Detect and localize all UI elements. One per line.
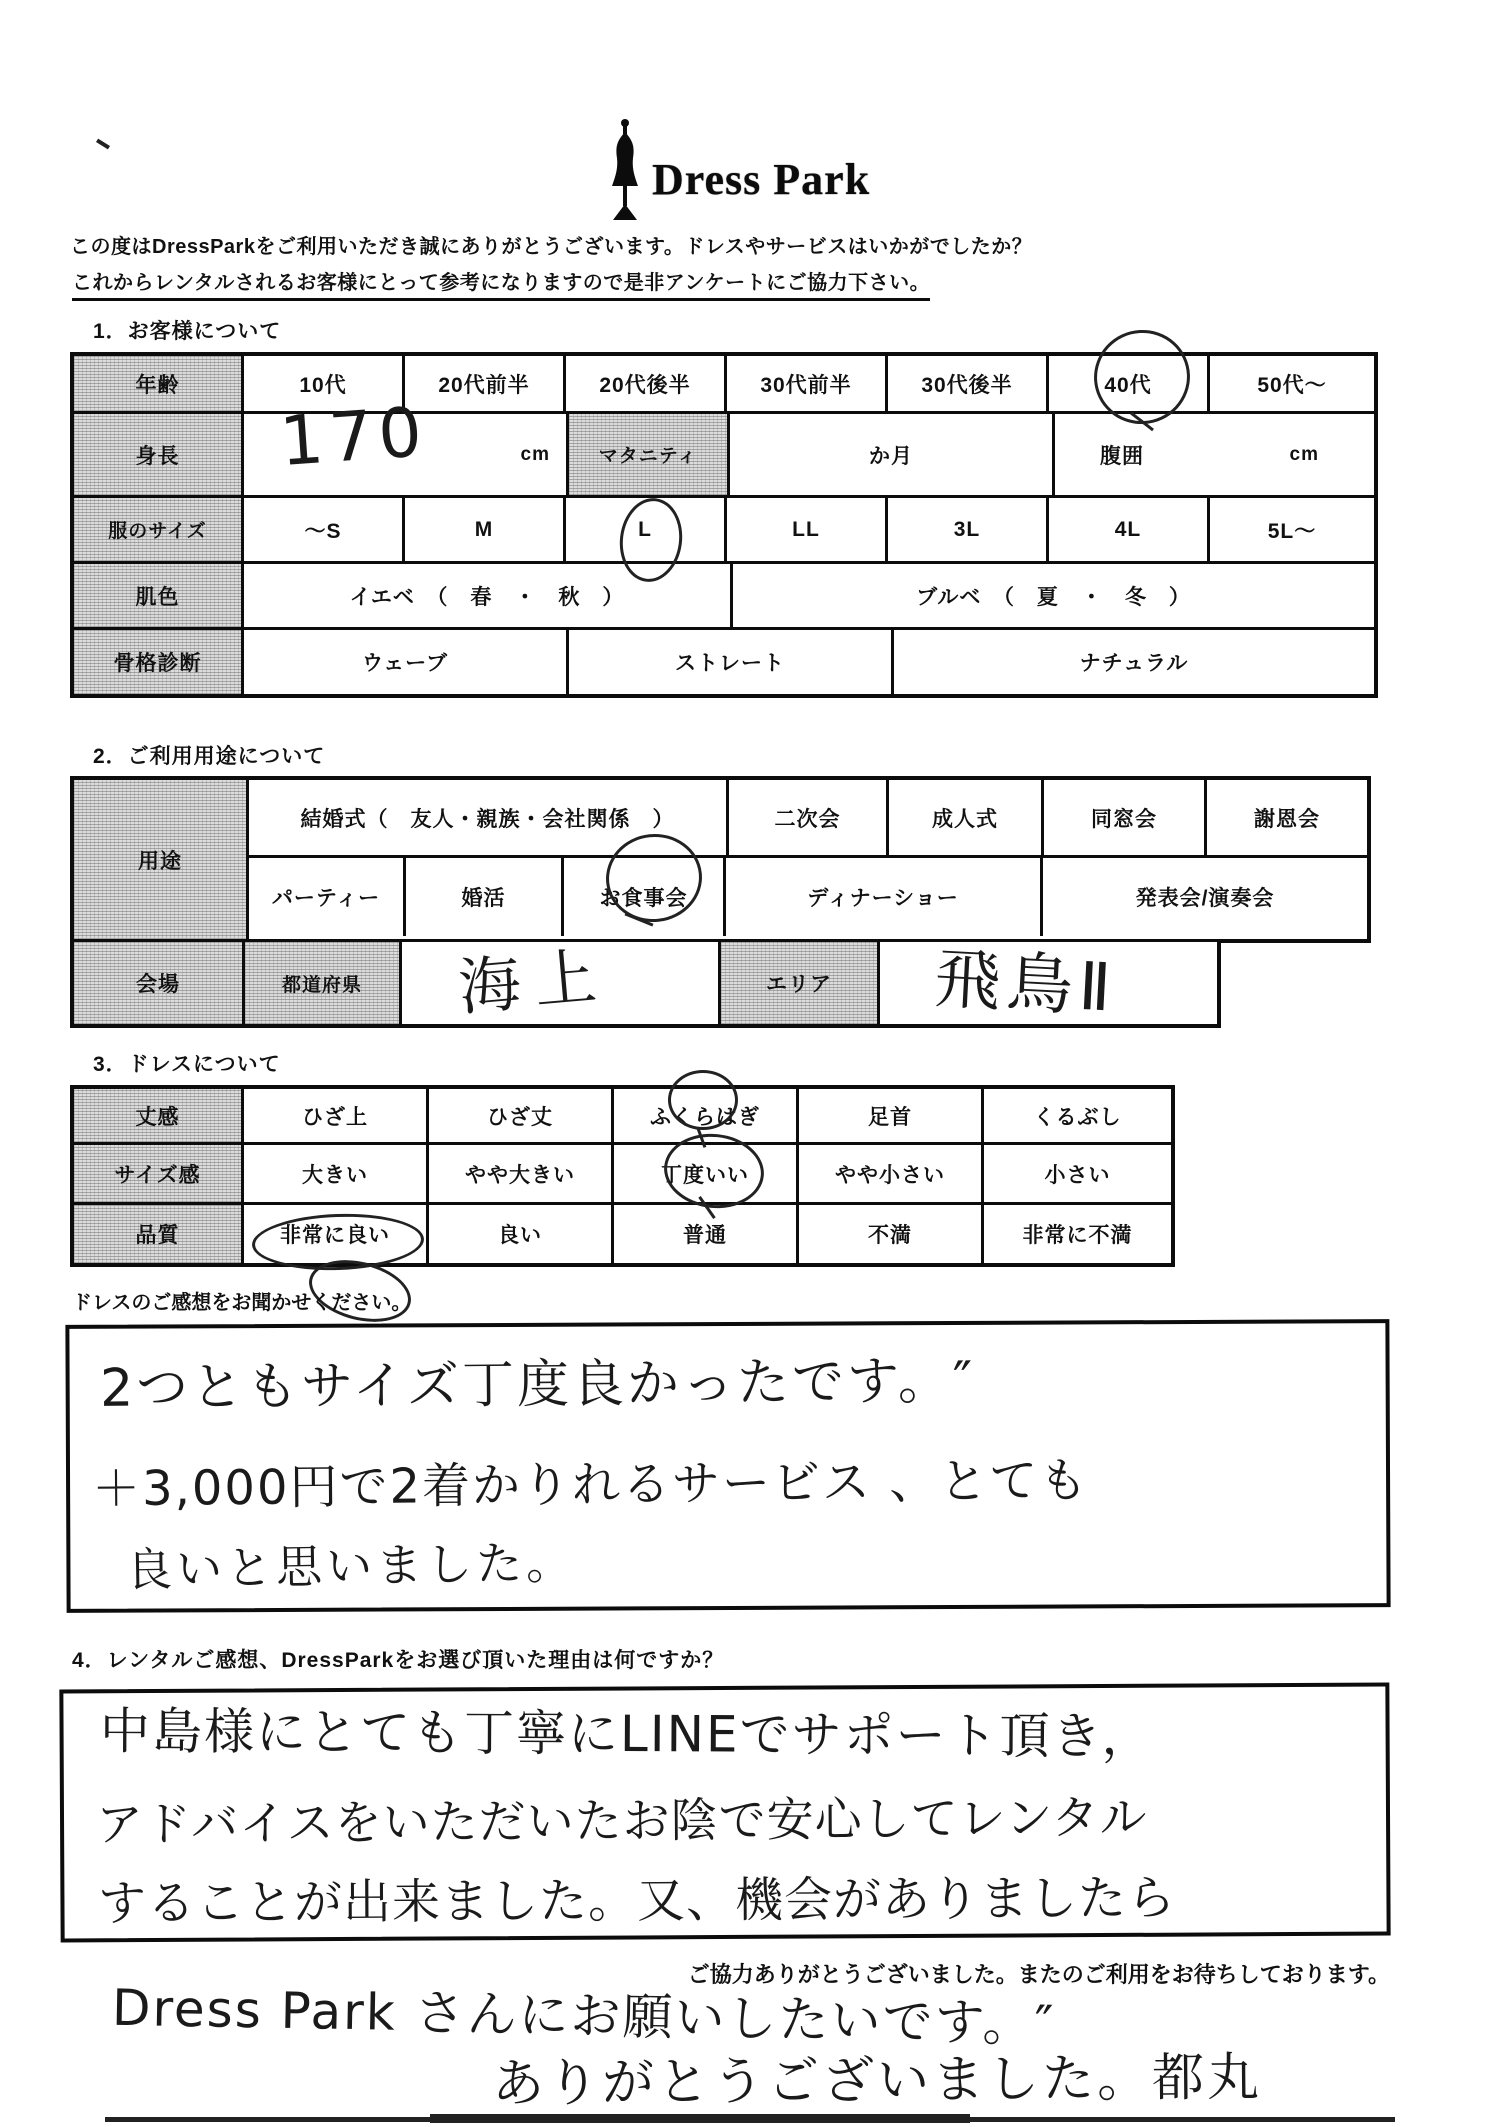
rental-feedback-line2: アドバイスをいただいたお陰で安心してレンタル xyxy=(96,1780,1148,1854)
quality-option: 不満 xyxy=(799,1205,984,1263)
quality-label: 品質 xyxy=(74,1205,244,1263)
height-value-handwritten: 170 xyxy=(277,393,430,482)
fit-option: やや小さい xyxy=(799,1145,984,1202)
fit-row: サイズ感 大きい やや大きい 丁度いい やや小さい 小さい xyxy=(74,1145,1171,1205)
fit-label: サイズ感 xyxy=(74,1145,244,1202)
age-option: 30代前半 xyxy=(727,356,888,411)
usage-option: 発表会/演奏会 xyxy=(1043,858,1367,936)
usage-option: 婚活 xyxy=(406,858,564,936)
intro-line2: これからレンタルされるお客様にとって参考になりますので是非アンケートにご協力下さ… xyxy=(72,266,930,301)
quality-option: 良い xyxy=(429,1205,614,1263)
age-option: 50代～ xyxy=(1210,356,1374,411)
dress-feedback-label: ドレスのご感想をお聞かせください。 xyxy=(72,1286,411,1315)
area-label: エリア xyxy=(721,942,880,1024)
prefecture-value-handwritten: 海上 xyxy=(454,926,613,1028)
length-option: ひざ丈 xyxy=(429,1089,614,1142)
section3-heading: 3．ドレスについて xyxy=(93,1048,281,1078)
size-option: 5L～ xyxy=(1210,498,1374,561)
venue-label: 会場 xyxy=(74,942,245,1024)
usage-label: 用途 xyxy=(74,780,249,939)
length-row: 丈感 ひざ上 ひざ丈 ふくらはぎ 足首 くるぶし xyxy=(74,1089,1171,1145)
maternity-label: マタニティ xyxy=(569,414,730,495)
usage-option: 二次会 xyxy=(729,780,889,855)
skin-label: 肌色 xyxy=(74,564,244,627)
age-option: 20代前半 xyxy=(405,356,566,411)
dress-feedback-line3: 良いと思いました。 xyxy=(125,1526,576,1600)
length-option: くるぶし xyxy=(984,1089,1171,1142)
usage-table: 用途 結婚式（ 友人・親族・会社関係 ） 二次会 成人式 同窓会 謝恩会 パーテ… xyxy=(70,776,1371,943)
logo-text: Dress Park xyxy=(652,154,870,205)
months-label: か月 xyxy=(730,414,1055,495)
age-option: 20代後半 xyxy=(566,356,727,411)
frame-option: ウェーブ xyxy=(244,630,569,694)
scan-artifact-line xyxy=(430,2114,970,2123)
skin-option: ブルベ （ 夏 ・ 冬 ） xyxy=(733,564,1374,627)
skin-row: 肌色 イエベ （ 春 ・ 秋 ） ブルベ （ 夏 ・ 冬 ） xyxy=(74,564,1374,630)
area-value-handwritten: 飛鳥Ⅱ xyxy=(933,925,1120,1029)
dress-feedback-line1: 2つともサイズ丁度良かったです。″ xyxy=(100,1338,976,1421)
height-row: 身長 cm マタニティ か月 腹囲 cm xyxy=(74,414,1374,498)
usage-option: 謝恩会 xyxy=(1207,780,1367,855)
quality-option: 普通 xyxy=(614,1205,799,1263)
scan-artifact xyxy=(96,139,110,150)
length-label: 丈感 xyxy=(74,1089,244,1142)
footer-handwritten-line2: ありがとうございました。都丸 xyxy=(492,2035,1263,2117)
usage-option: ディナーショー xyxy=(726,858,1043,936)
frame-row: 骨格診断 ウェーブ ストレート ナチュラル xyxy=(74,630,1374,694)
length-selection-circle xyxy=(668,1070,738,1130)
waist-unit: cm xyxy=(1290,444,1319,466)
dress-feedback-line2: ＋3,000円で2着かりれるサービス 、とても xyxy=(92,1442,1090,1520)
quality-row: 品質 非常に良い 良い 普通 不満 非常に不満 xyxy=(74,1205,1171,1263)
frame-label: 骨格診断 xyxy=(74,630,244,694)
section4-heading: 4．レンタルご感想、DressParkをお選び頂いた理由は何ですか？ xyxy=(72,1644,724,1674)
intro-line1: この度はDressParkをご利用いただき誠にありがとうございます。ドレスやサー… xyxy=(70,230,1032,259)
usage-row2: パーティー 婚活 お食事会 ディナーショー 発表会/演奏会 xyxy=(249,858,1367,936)
fit-option: 大きい xyxy=(244,1145,429,1202)
size-option: 3L xyxy=(888,498,1049,561)
questionnaire-page: Dress Park この度はDressParkをご利用いただき誠にありがとうご… xyxy=(0,0,1500,2127)
length-option: ひざ上 xyxy=(244,1089,429,1142)
size-label: 服のサイズ xyxy=(74,498,244,561)
fit-option: やや大きい xyxy=(429,1145,614,1202)
size-option: 4L xyxy=(1049,498,1210,561)
prefecture-label: 都道府県 xyxy=(245,942,402,1024)
size-option: M xyxy=(405,498,566,561)
usage-option: 成人式 xyxy=(889,780,1044,855)
waist-cell: 腹囲 cm xyxy=(1055,414,1374,495)
age-label: 年齢 xyxy=(74,356,244,411)
size-row: 服のサイズ ～S M L LL 3L 4L 5L～ xyxy=(74,498,1374,564)
usage-row1: 結婚式（ 友人・親族・会社関係 ） 二次会 成人式 同窓会 謝恩会 xyxy=(249,780,1367,858)
frame-option: ナチュラル xyxy=(894,630,1374,694)
length-option: 足首 xyxy=(799,1089,984,1142)
customer-table: 年齢 10代 20代前半 20代後半 30代前半 30代後半 40代 50代～ … xyxy=(70,352,1378,698)
height-label: 身長 xyxy=(74,414,244,495)
rental-feedback-line1: 中島様にとても丁寧にLINEでサポート頂き， xyxy=(100,1691,1154,1769)
fit-option: 小さい xyxy=(984,1145,1171,1202)
dress-form-icon xyxy=(608,118,642,222)
usage-option: 同窓会 xyxy=(1044,780,1207,855)
height-unit: cm xyxy=(521,444,550,466)
frame-option: ストレート xyxy=(569,630,894,694)
dress-table: 丈感 ひざ上 ひざ丈 ふくらはぎ 足首 くるぶし サイズ感 大きい やや大きい … xyxy=(70,1085,1175,1267)
usage-option: パーティー xyxy=(249,858,406,936)
size-option: LL xyxy=(727,498,888,561)
rental-feedback-line3: することが出来ました。又、機会がありましたら xyxy=(98,1859,1176,1934)
size-option: ～S xyxy=(244,498,405,561)
section2-heading: 2．ご利用用途について xyxy=(93,740,325,770)
age-option: 30代後半 xyxy=(888,356,1049,411)
quality-option: 非常に不満 xyxy=(984,1205,1171,1263)
section1-heading: 1．お客様について xyxy=(93,315,281,345)
logo: Dress Park xyxy=(608,118,870,222)
waist-label: 腹囲 xyxy=(1100,440,1144,470)
